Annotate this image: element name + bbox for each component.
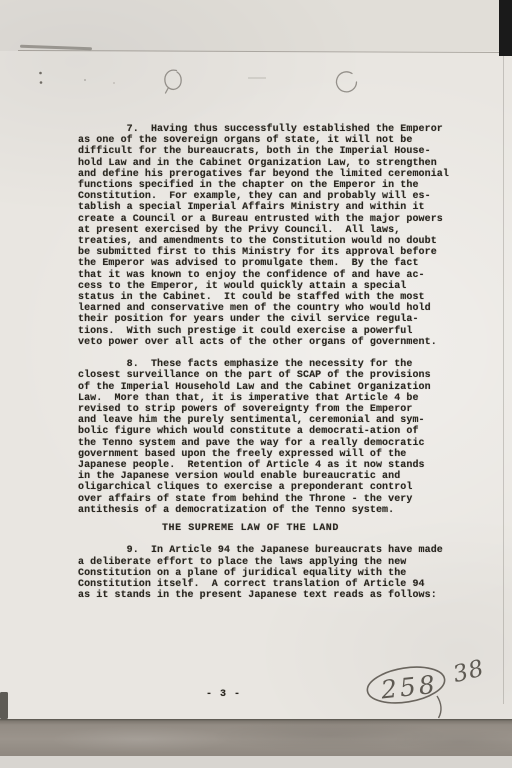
pencil-loop-mark-left — [165, 70, 181, 93]
handwritten-circled-number: 258 — [379, 670, 439, 705]
scanner-band-bottom — [0, 719, 512, 756]
paragraph-8: 8. These facts emphasize the necessity f… — [78, 359, 449, 516]
scanner-black-strip — [499, 0, 512, 56]
paper-right-edge-line — [503, 56, 504, 704]
pencil-circle-mark-right — [337, 72, 357, 92]
page-number: - 3 - — [206, 689, 241, 700]
document-body: 7. Having thus successfully established … — [78, 124, 449, 602]
ink-speck — [39, 72, 42, 75]
section-heading: THE SUPREME LAW OF THE LAND — [162, 523, 449, 534]
scanner-band-bottom-light — [0, 756, 512, 768]
paragraph-9: 9. In Article 94 the Japanese bureaucrat… — [78, 545, 449, 601]
ink-speck — [84, 79, 86, 81]
handwritten-circle — [365, 662, 447, 708]
scan-blotch-bottom-left — [0, 692, 8, 719]
handwritten-margin-number: 38 — [451, 655, 488, 688]
handwritten-circle-tail — [437, 696, 441, 718]
scan-top-shading — [0, 0, 512, 51]
paragraph-7: 7. Having thus successfully established … — [78, 124, 449, 348]
scanned-document-page: 258 38 7. Having thus successfully estab… — [0, 0, 512, 768]
ink-speck — [113, 82, 115, 84]
ink-speck — [40, 81, 43, 84]
